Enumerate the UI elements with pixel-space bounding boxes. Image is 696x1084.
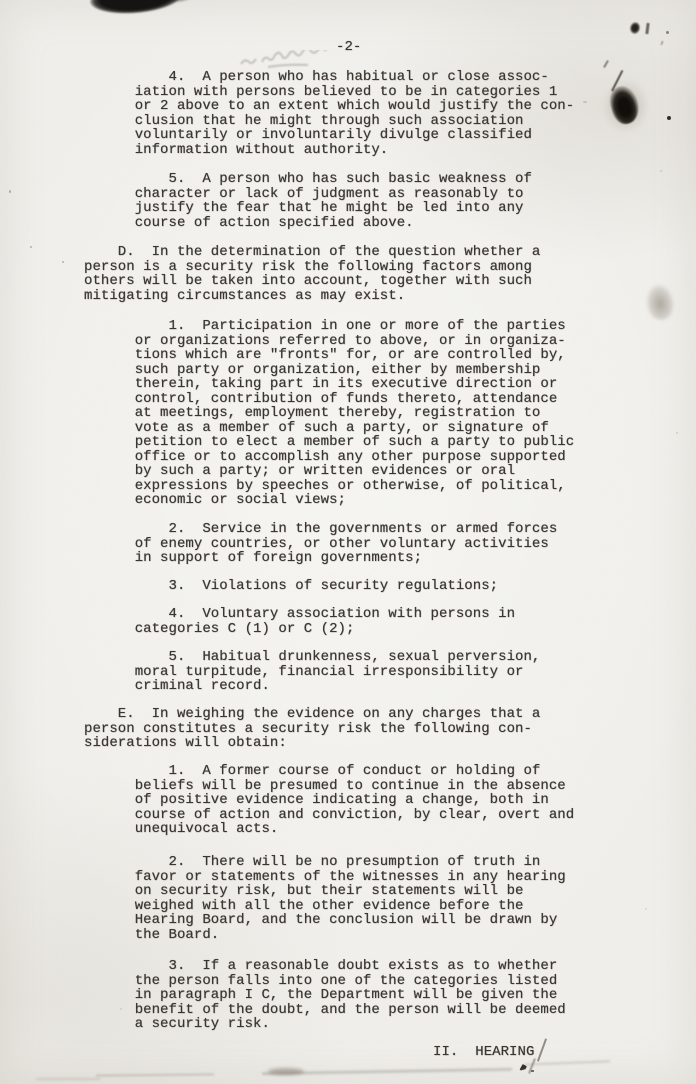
paper-speck [660,170,662,172]
paragraph-item-c4: 4. A person who has habitual or close as… [84,70,574,157]
pen-slash-lower [528,1058,536,1074]
margin-smudge [644,282,677,322]
paragraph-d-item-1: 1. Participation in one or more of the p… [84,319,574,508]
paper-speck [676,432,678,434]
paragraph-item-c5: 5. A person who has such basic weakness … [84,172,532,230]
paper-speck [645,908,647,910]
top-edge-ink-smear-tail [167,0,196,5]
paper-speck [9,190,11,193]
paper-speck [30,246,32,248]
bottom-smudge-streak [96,1073,214,1076]
paragraph-e-item-3: 3. If a reasonable doubt exists as to wh… [84,959,566,1032]
ink-blot [606,83,642,127]
paragraph-d-intro: D. In the determination of the question … [84,245,540,303]
corner-ink-mark [629,21,642,35]
corner-ink-dot [666,31,669,34]
paper-speck [583,101,587,103]
bottom-smudge-streak [524,1060,610,1065]
corner-ink-comma [660,41,663,45]
ink-blot-satellite-dot [667,116,671,120]
corner-ink-dash [645,23,649,34]
scanned-document-page: -2- 4. A person who has habitual or clos… [0,0,696,1084]
bottom-smudge-streak [262,1068,512,1075]
small-ink-mark [518,1063,527,1071]
paragraph-d-item-3: 3. Violations of security regulations; [84,579,498,594]
paper-speck [120,1008,122,1010]
ink-blot-tail [611,70,623,91]
paragraph-d-item-4: 4. Voluntary association with persons in… [84,607,515,636]
page-number: -2- [336,40,361,55]
ink-blot-tail-upper [603,60,609,68]
next-section-heading: II. HEARING [433,1045,534,1060]
paragraph-d-item-5: 5. Habitual drunkenness, sexual perversi… [84,650,540,694]
top-edge-ink-smear [89,0,183,17]
paper-speck [62,261,64,263]
paragraph-e-intro: E. In weighing the evidence on any charg… [84,707,540,751]
paragraph-e-item-1: 1. A former course of conduct or holding… [84,764,574,837]
pen-slash [537,1038,547,1061]
ink-blot-halo [602,78,650,134]
paragraph-e-item-2: 2. There will be no presumption of truth… [84,855,566,942]
bottom-smudge-blob [268,1068,304,1075]
small-ink-dot [531,1070,534,1072]
bottom-smudge-streak [36,1078,100,1080]
paragraph-d-item-2: 2. Service in the governments or armed f… [84,522,557,566]
